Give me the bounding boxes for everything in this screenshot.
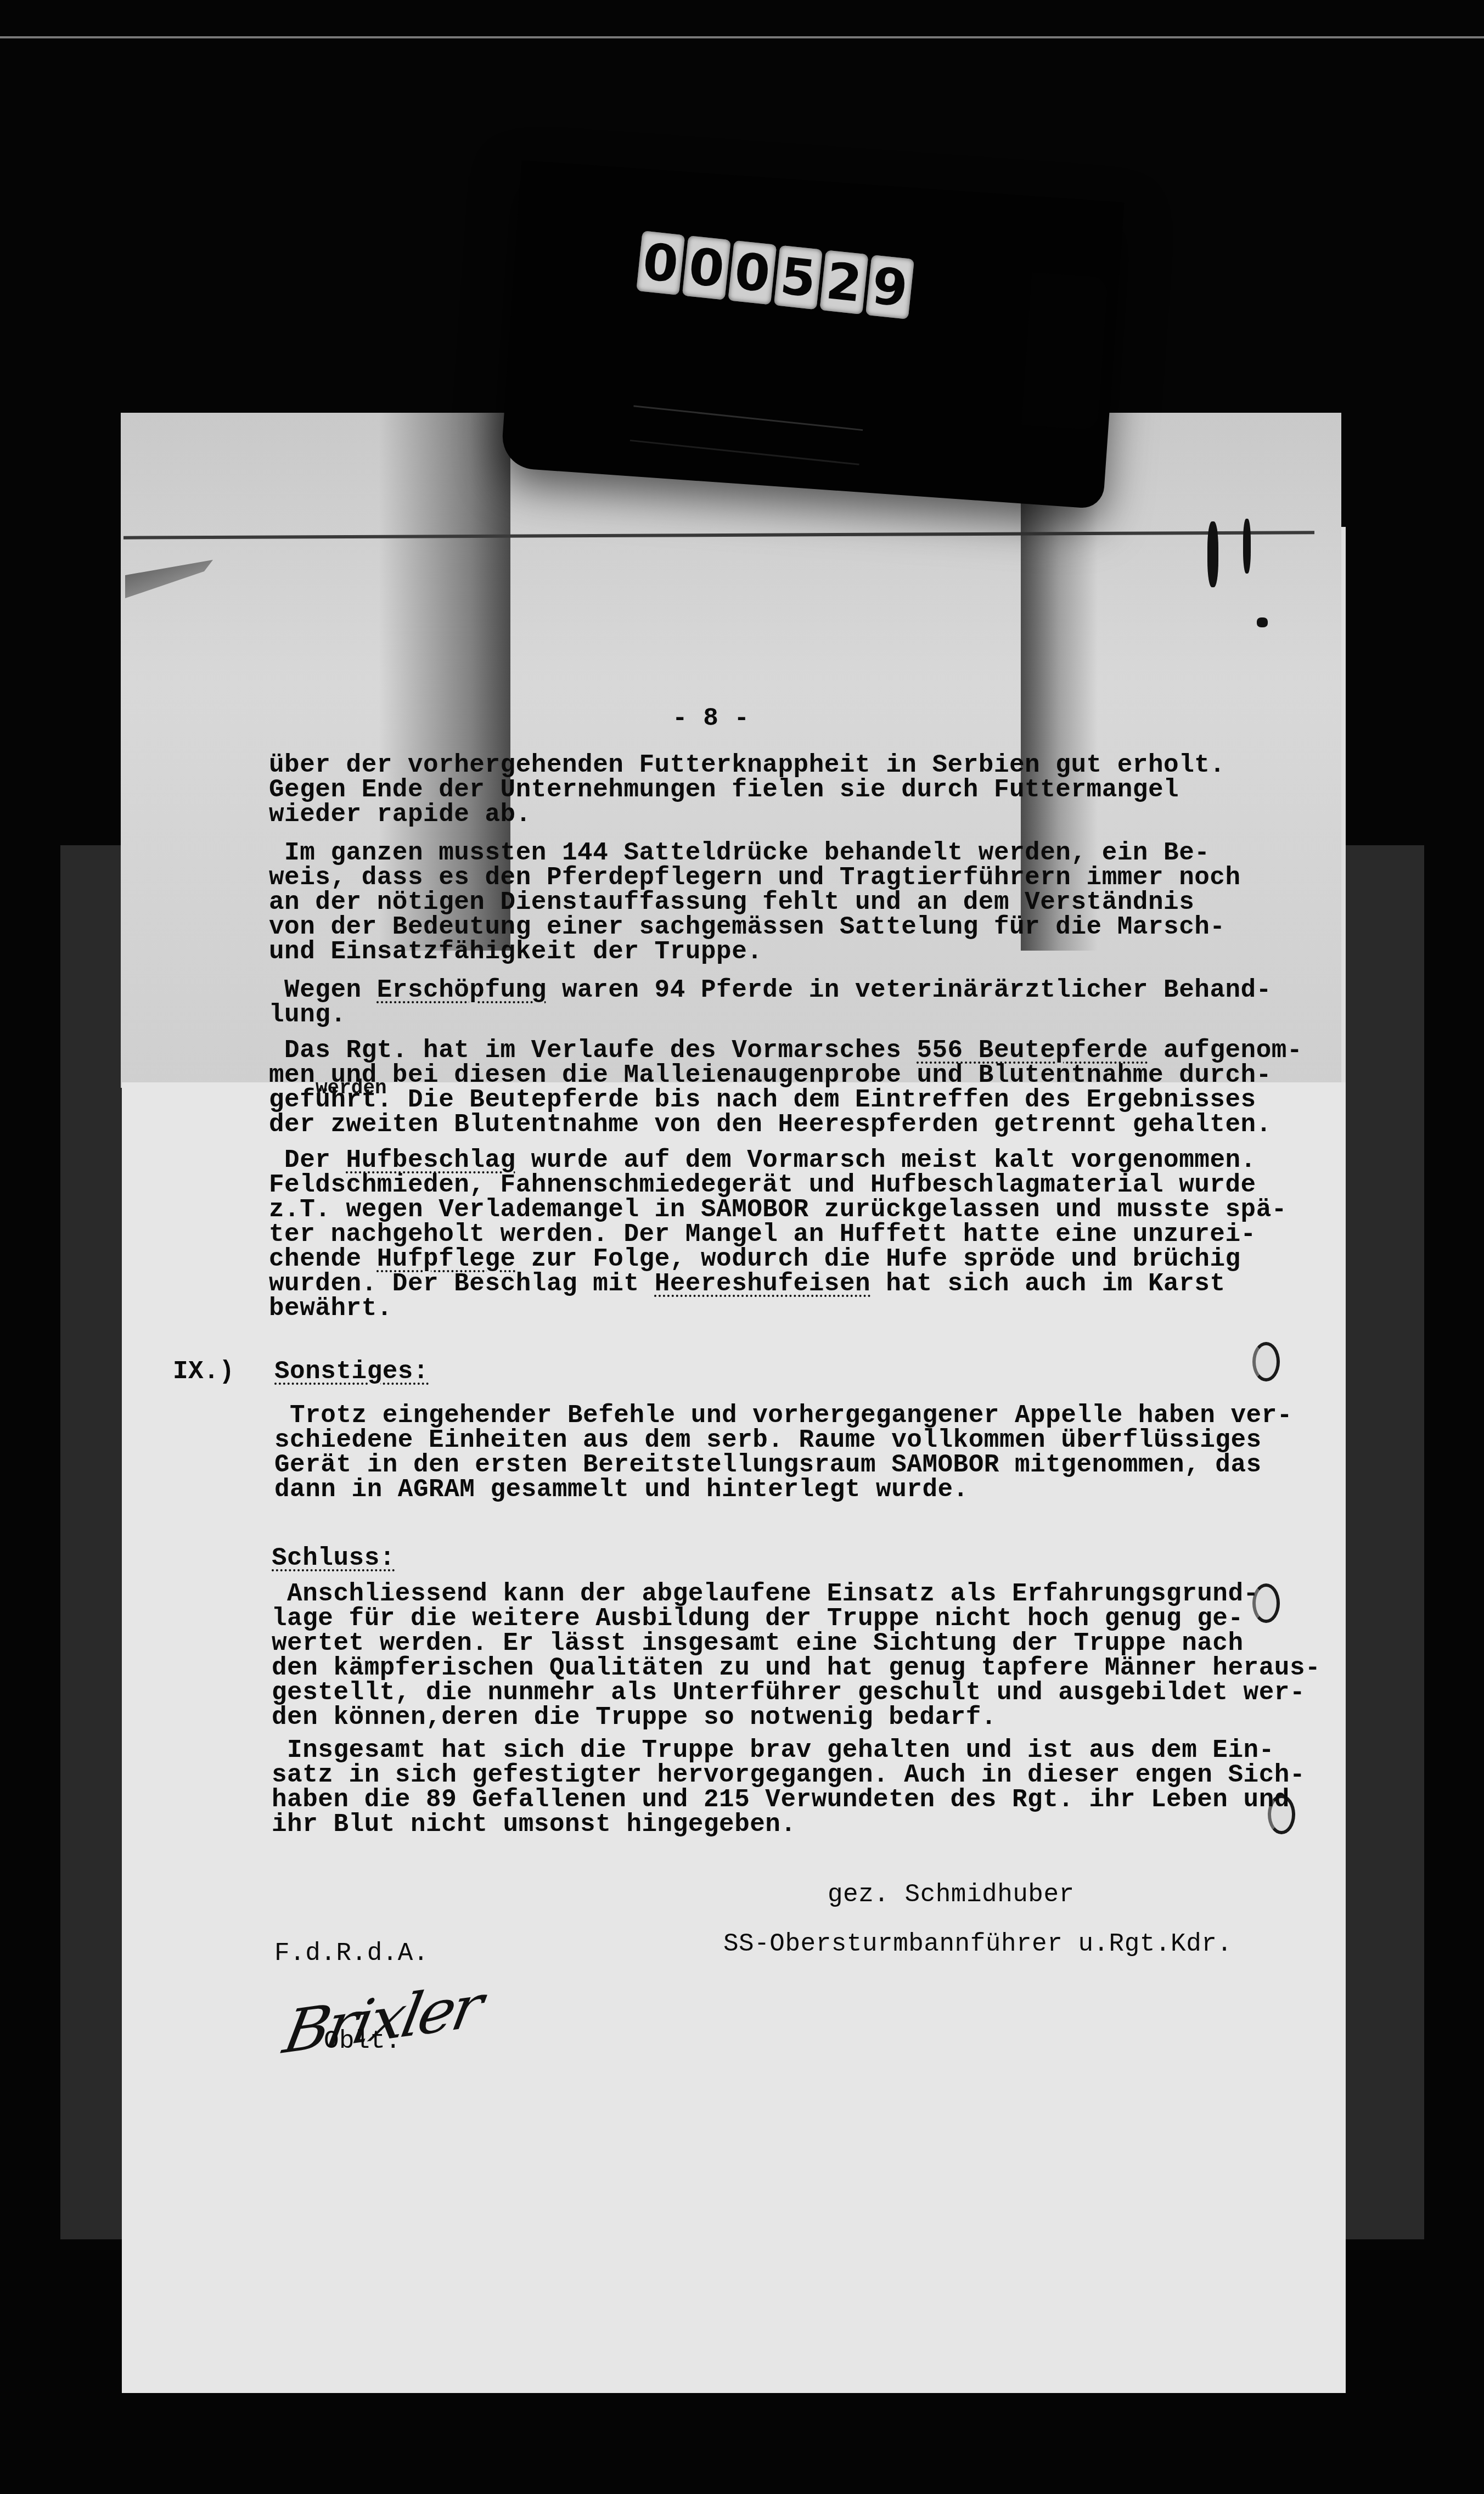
- text-line: den kämpferischen Qualitäten zu und hat …: [272, 1655, 1320, 1681]
- text-line: dann in AGRAM gesammelt und hinterlegt w…: [274, 1476, 969, 1503]
- text-line: men und bei diesen die Malleienaugenprob…: [269, 1062, 1272, 1088]
- counter-digit: 9: [865, 255, 914, 319]
- text-line: von der Bedeutung einer sachgemässen Sat…: [269, 914, 1225, 940]
- text-line: Der Hufbeschlag wurde auf dem Vormarsch …: [269, 1147, 1256, 1173]
- certification-mark: F.d.R.d.A.: [274, 1940, 429, 1967]
- text-segment: hat sich auch im Karst: [870, 1270, 1225, 1298]
- text-line: Trotz eingehender Befehle und vorhergega…: [274, 1402, 1292, 1429]
- page-number: - 8 -: [672, 705, 750, 732]
- section-heading: Sonstiges:: [274, 1358, 429, 1385]
- frame-counter-knob: [1021, 272, 1108, 430]
- text-line: Gerät in den ersten Bereitstellungsraum …: [274, 1452, 1262, 1478]
- text-line: chende Hufpflege zur Folge, wodurch die …: [269, 1246, 1241, 1272]
- text-segment: waren 94 Pferde in veterinärärztlicher B…: [547, 976, 1272, 1004]
- film-frame-right: [1345, 845, 1424, 2239]
- counter-digit: 2: [819, 250, 868, 314]
- text-line: geführt. Die Beutepferde bis nach dem Ei…: [269, 1087, 1256, 1113]
- text-line: gestellt, die nunmehr als Unterführer ge…: [272, 1679, 1305, 1706]
- staple-mark: [1243, 519, 1251, 574]
- film-edge-line: [0, 36, 1484, 38]
- text-line: haben die 89 Gefallenen und 215 Verwunde…: [272, 1787, 1290, 1813]
- text-line: Feldschmieden, Fahnenschmiedegerät und H…: [269, 1172, 1256, 1198]
- text-line: z.T. wegen Verlademangel in SAMOBOR zurü…: [269, 1197, 1287, 1223]
- counter-digit: 0: [728, 240, 777, 305]
- text-line: über der vorhergehenden Futterknappheit …: [269, 752, 1225, 778]
- staple-mark: [1257, 617, 1268, 627]
- text-line: ter nachgeholt werden. Der Mangel an Huf…: [269, 1221, 1256, 1248]
- certifier-rank: Oblt.: [324, 2028, 401, 2054]
- counter-digit: 0: [682, 235, 731, 300]
- text-line: weis, dass es den Pferdepflegern und Tra…: [269, 864, 1241, 891]
- text-line: schiedene Einheiten aus dem serb. Raume …: [274, 1427, 1262, 1453]
- underlined-term: Erschöpfung: [377, 976, 547, 1004]
- counter-digit: 5: [774, 245, 823, 310]
- text-line: Gegen Ende der Unternehmungen fielen sie…: [269, 777, 1179, 803]
- conclusion-heading: Schluss:: [272, 1545, 395, 1571]
- text-line: Insgesamt hat sich die Truppe brav gehal…: [272, 1737, 1274, 1763]
- underlined-term: Heereshufeisen: [655, 1270, 870, 1298]
- text-line: der zweiten Blutentnahme von den Heeresp…: [269, 1111, 1272, 1138]
- text-line: wertet werden. Er lässt insgesamt eine S…: [272, 1630, 1244, 1656]
- text-line: bewährt.: [269, 1295, 392, 1322]
- text-line: Das Rgt. hat im Verlaufe des Vormarsches…: [269, 1037, 1302, 1064]
- text-line: wurden. Der Beschlag mit Heereshufeisen …: [269, 1271, 1226, 1297]
- section-number: IX.): [173, 1358, 234, 1385]
- counter-digit: 0: [636, 231, 685, 295]
- text-line: Anschliessend kann der abgelaufene Einsa…: [272, 1581, 1259, 1607]
- staple-mark: [1207, 521, 1218, 587]
- signer-rank: SS-Obersturmbannführer u.Rgt.Kdr.: [723, 1931, 1232, 1957]
- text-line: den können,deren die Truppe so notwenig …: [272, 1704, 997, 1731]
- text-line: an der nötigen Dienstauffassung fehlt un…: [269, 889, 1194, 915]
- signed-by: gez. Schmidhuber: [828, 1881, 1075, 1908]
- text-line: Im ganzen mussten 144 Satteldrücke behan…: [269, 840, 1210, 866]
- text-line: lung.: [269, 1002, 346, 1028]
- text-line: und Einsatzfähigkeit der Truppe.: [269, 939, 762, 965]
- punch-hole: [1252, 1342, 1280, 1381]
- text-line: ihr Blut nicht umsonst hingegeben.: [272, 1811, 796, 1838]
- text-line: Wegen Erschöpfung waren 94 Pferde in vet…: [269, 977, 1272, 1003]
- text-line: satz in sich gefestigter hervorgegangen.…: [272, 1762, 1305, 1788]
- text-line: wieder rapide ab.: [269, 801, 531, 828]
- text-line: lage für die weitere Ausbildung der Trup…: [272, 1605, 1244, 1632]
